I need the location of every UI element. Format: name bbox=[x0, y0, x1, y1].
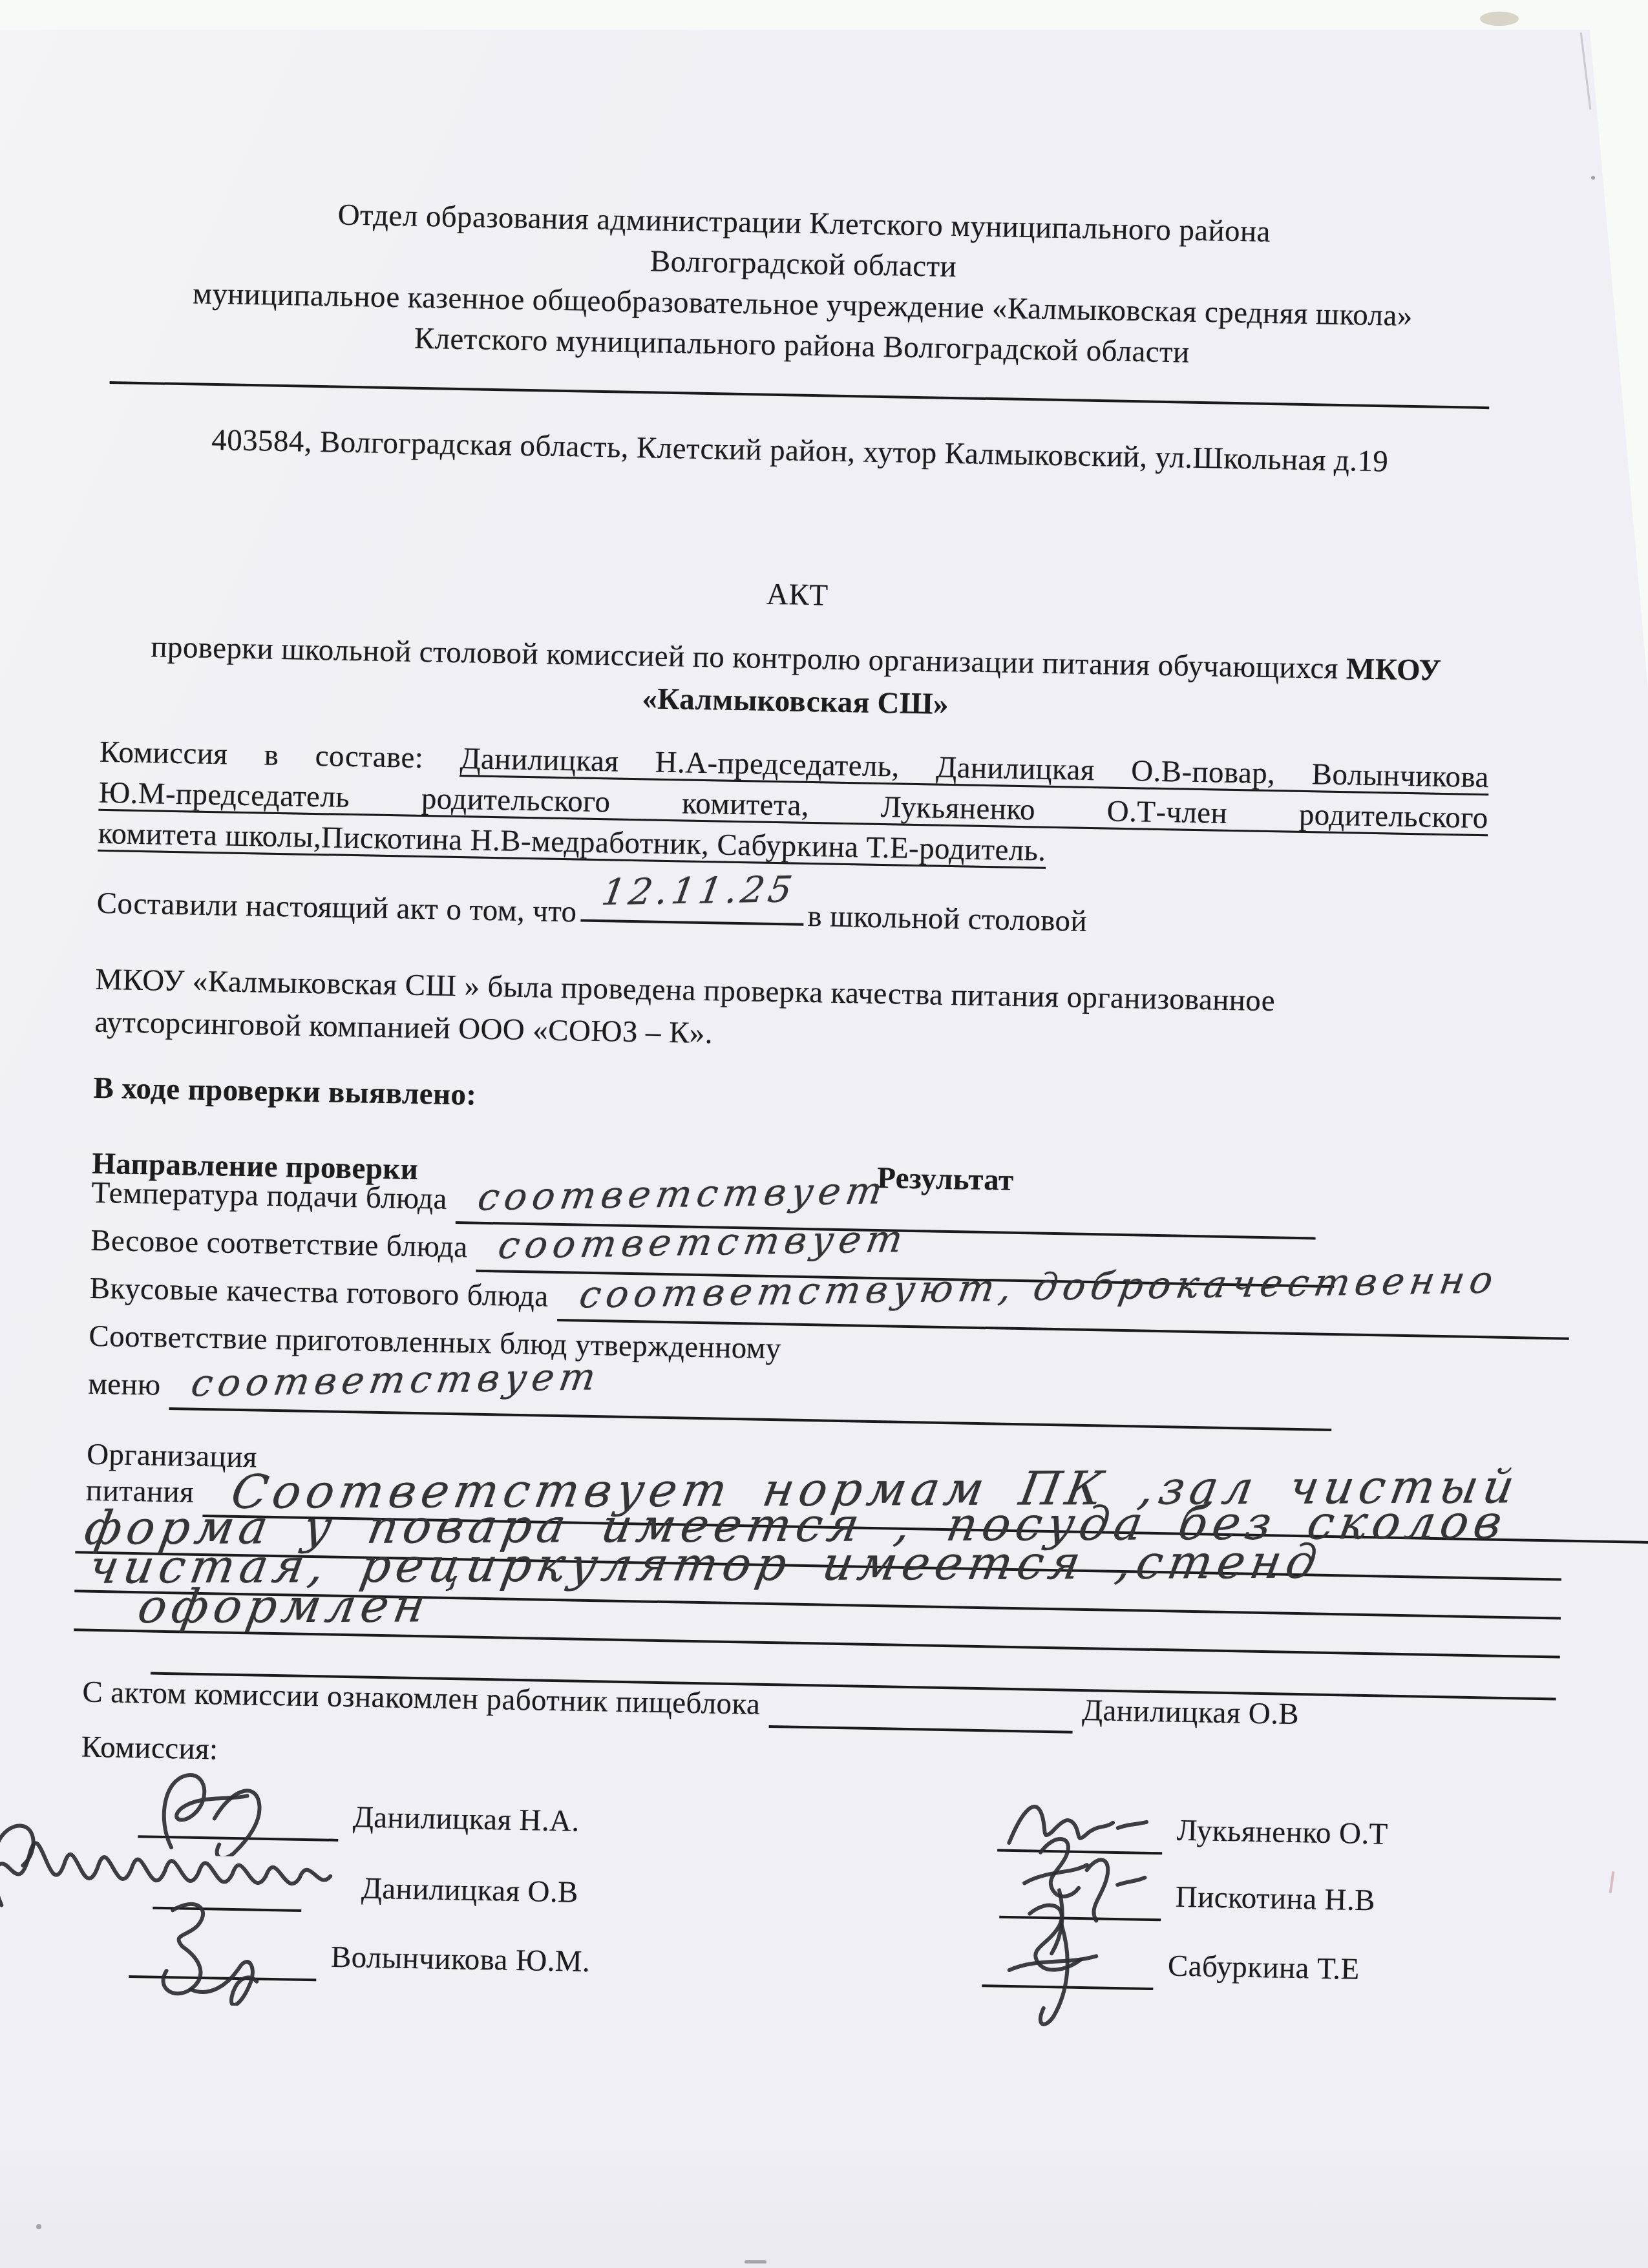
handwritten-result: соответствует bbox=[475, 1170, 890, 1217]
subtitle-bold-text: МКОУ bbox=[1346, 652, 1442, 688]
signature-line bbox=[129, 1894, 317, 1981]
signature-line bbox=[982, 1909, 1154, 1990]
document-content: Отдел образования администрации Клетског… bbox=[74, 191, 1499, 2154]
handwritten-result: соответствует bbox=[189, 1356, 604, 1403]
commission-paragraph: Комиссия в составе: Данилицкая Н.А-предс… bbox=[98, 732, 1489, 879]
scan-smudge bbox=[1480, 12, 1519, 26]
date-blank-line: 12.11.25 bbox=[580, 917, 803, 926]
letterhead: Отдел образования администрации Клетског… bbox=[107, 191, 1499, 379]
signature-block: Волынчикова Ю.М. bbox=[129, 1894, 591, 1986]
handwritten-date: 12.11.25 bbox=[598, 869, 798, 913]
letterhead-divider bbox=[110, 381, 1490, 409]
document-subtitle: проверки школьной столовой комиссией по … bbox=[100, 625, 1491, 735]
acknowledgement-blank-line bbox=[769, 1689, 1073, 1734]
finding-label: Температура подачи блюда bbox=[91, 1173, 447, 1224]
scan-speck bbox=[745, 2260, 766, 2263]
signature-mark bbox=[981, 1885, 1152, 2034]
signature-mark bbox=[129, 1887, 324, 2007]
act-date-prefix: Составили настоящий акт о том, что bbox=[96, 887, 577, 929]
signer-name: Волынчикова Ю.М. bbox=[330, 1937, 591, 1986]
finding-label: Вкусовые качества готового блюда bbox=[89, 1268, 549, 1321]
findings-heading: В ходе проверки выявлено: bbox=[93, 1068, 1483, 1134]
handwritten-result: соответствует bbox=[496, 1219, 911, 1266]
scanned-document-page: Отдел образования администрации Клетског… bbox=[0, 0, 1648, 2268]
act-date-suffix: в школьной столовой bbox=[807, 899, 1088, 938]
address-line: 403584, Волгоградская область, Клетский … bbox=[105, 418, 1495, 484]
scan-speck bbox=[1591, 176, 1595, 180]
acknowledgement-name: Данилицкая О.В bbox=[1082, 1690, 1300, 1738]
body-paragraph: МКОУ «Калмыковская СШ » была проведена п… bbox=[94, 958, 1485, 1069]
handwritten-organization-4: оформлен bbox=[135, 1585, 433, 1627]
act-date-line: Составили настоящий акт о том, что12.11.… bbox=[96, 883, 1486, 949]
finding-label: меню bbox=[87, 1364, 161, 1410]
document-title: АКТ bbox=[102, 562, 1492, 628]
commission-prefix: Комиссия в составе: bbox=[100, 735, 461, 775]
signature-block: Сабуркина Т.Е bbox=[982, 1909, 1360, 1994]
finding-blank-line: соответствует bbox=[169, 1369, 1332, 1431]
scan-speck bbox=[36, 2224, 41, 2229]
finding-label: Весовое соответствие блюда bbox=[90, 1221, 469, 1272]
signer-name: Сабуркина Т.Е bbox=[1167, 1946, 1360, 1993]
